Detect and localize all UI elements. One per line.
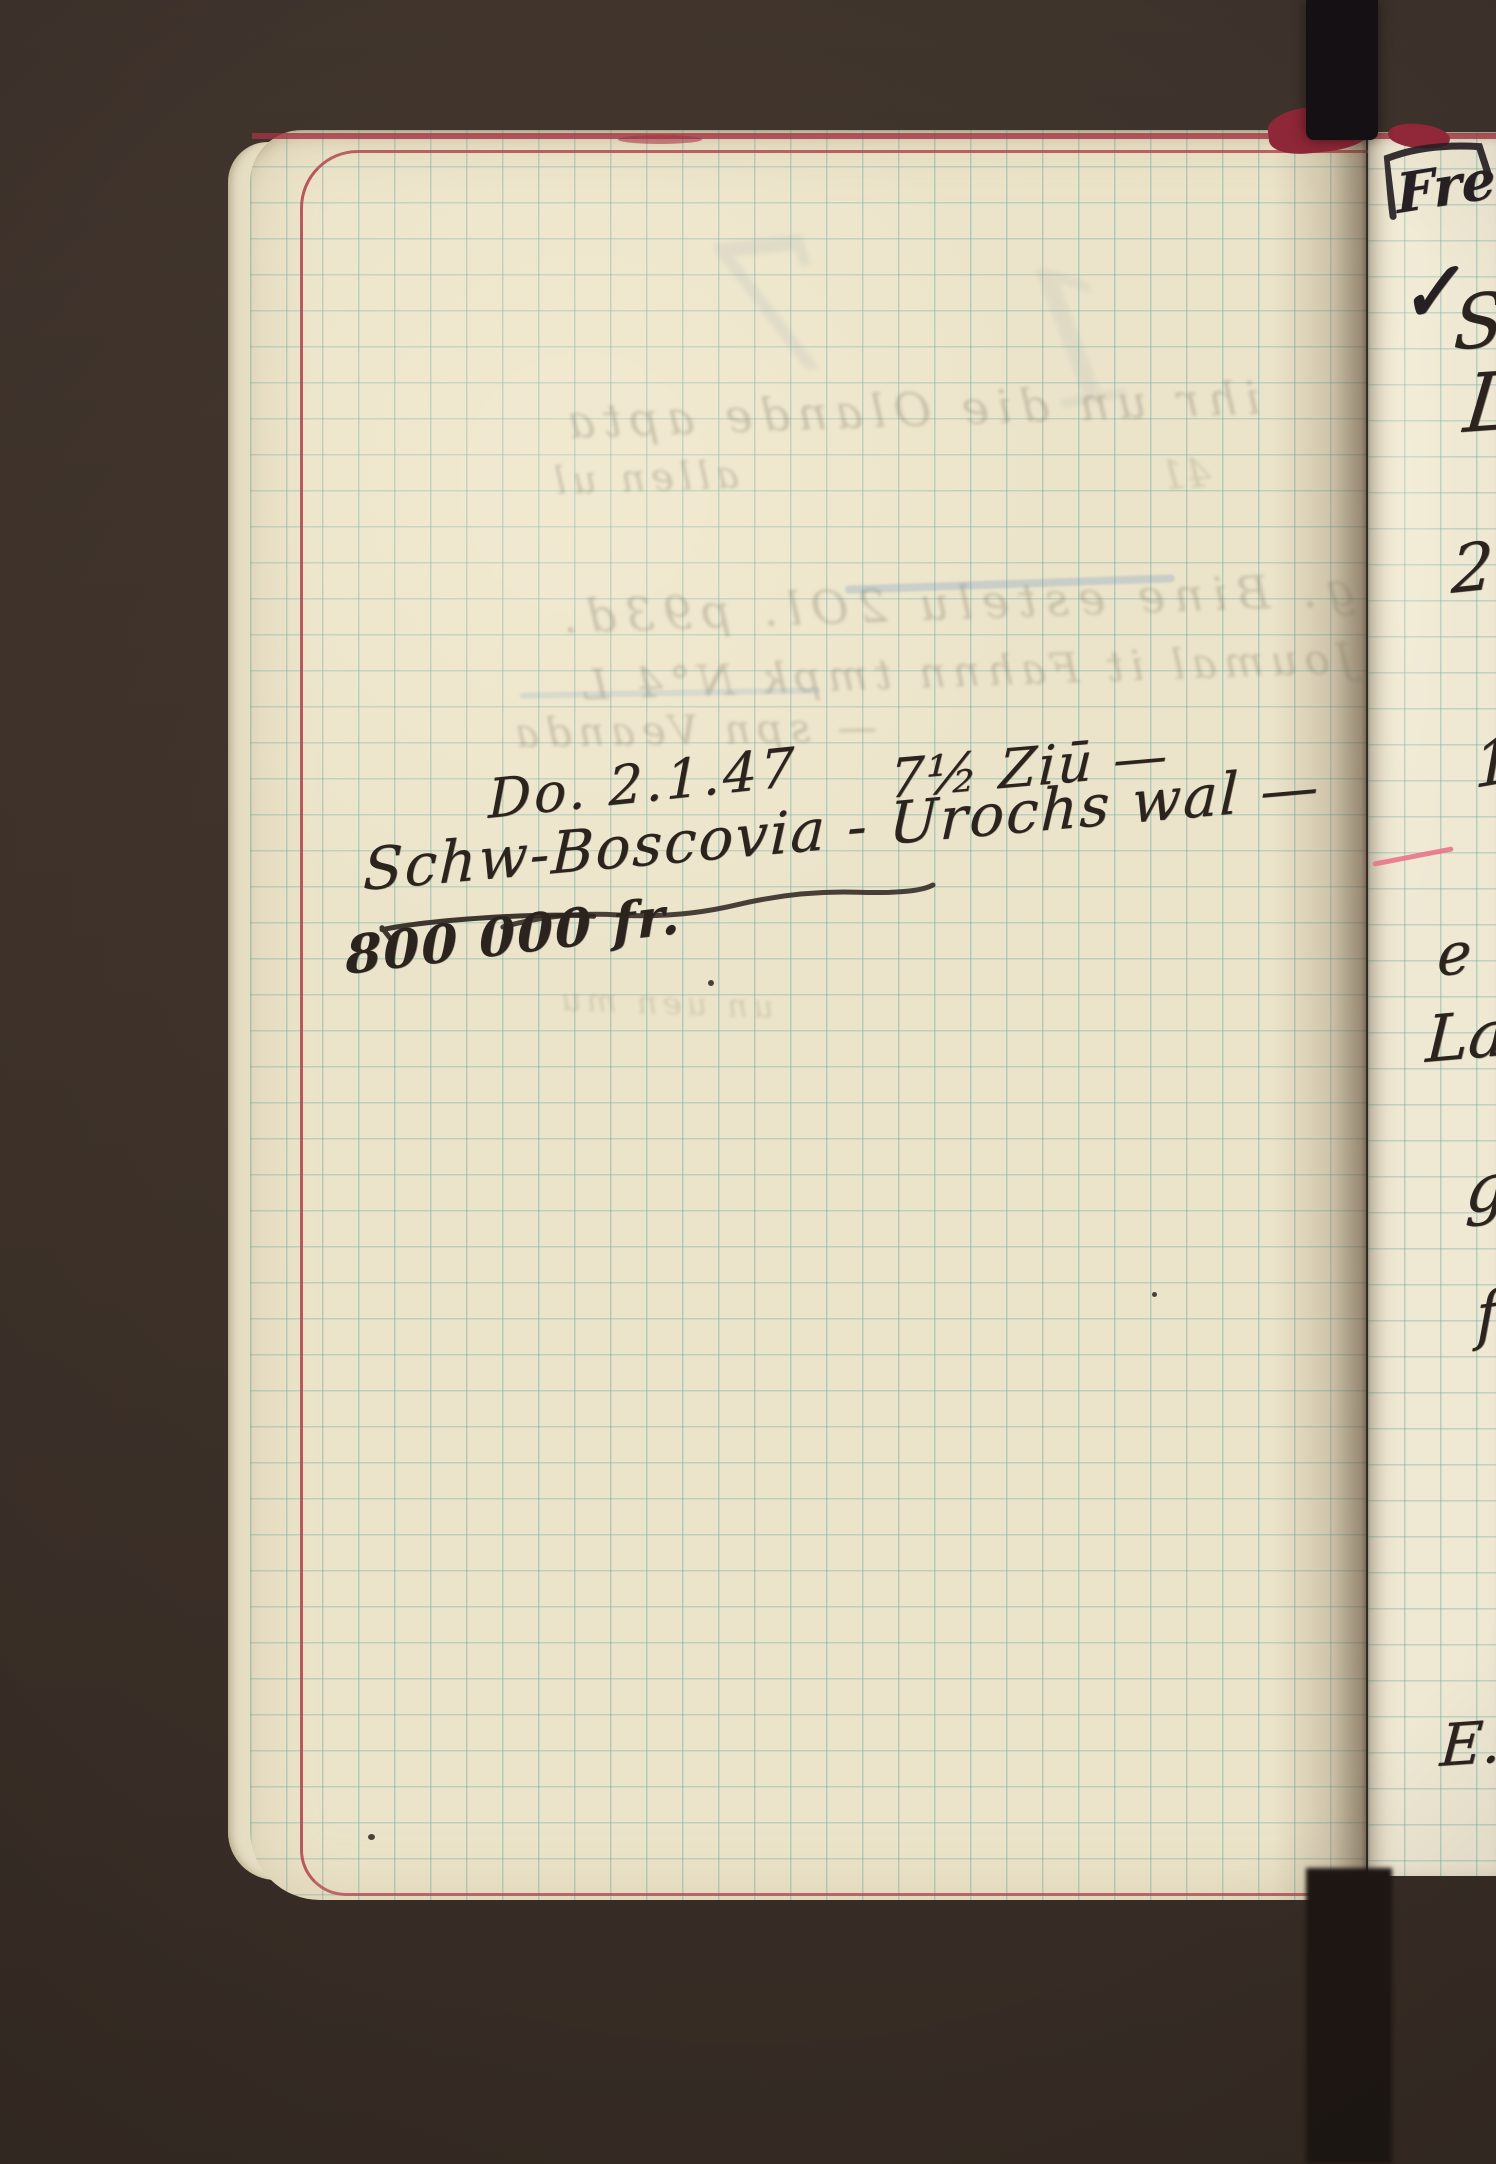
dust-speck [368, 1834, 375, 1840]
edge-fragment: f [1476, 1276, 1496, 1353]
edge-fragment: 1 [1474, 722, 1496, 803]
dust-speck [1152, 1292, 1157, 1297]
edge-fragment: La [1424, 996, 1496, 1078]
notebook-photo: 7 1 ihr un die Olande apta allen ul g. B… [0, 0, 1496, 2164]
edge-fragment: g [1464, 1147, 1496, 1229]
edge-fragment: e [1436, 918, 1473, 990]
red-edge-paint-smear [618, 135, 702, 144]
ghost-line: un uen mu [555, 980, 774, 1026]
ghost-line: 41 [1158, 450, 1212, 499]
edge-fragment: E. [1438, 1707, 1496, 1780]
elastic-strap [1306, 0, 1378, 140]
ghost-line: allen ul [547, 453, 739, 504]
gutter-shadow-bottom [1306, 1868, 1392, 2164]
dust-speck [708, 980, 714, 986]
edge-fragment: S [1452, 276, 1496, 368]
edge-fragment: 2 [1450, 527, 1494, 609]
